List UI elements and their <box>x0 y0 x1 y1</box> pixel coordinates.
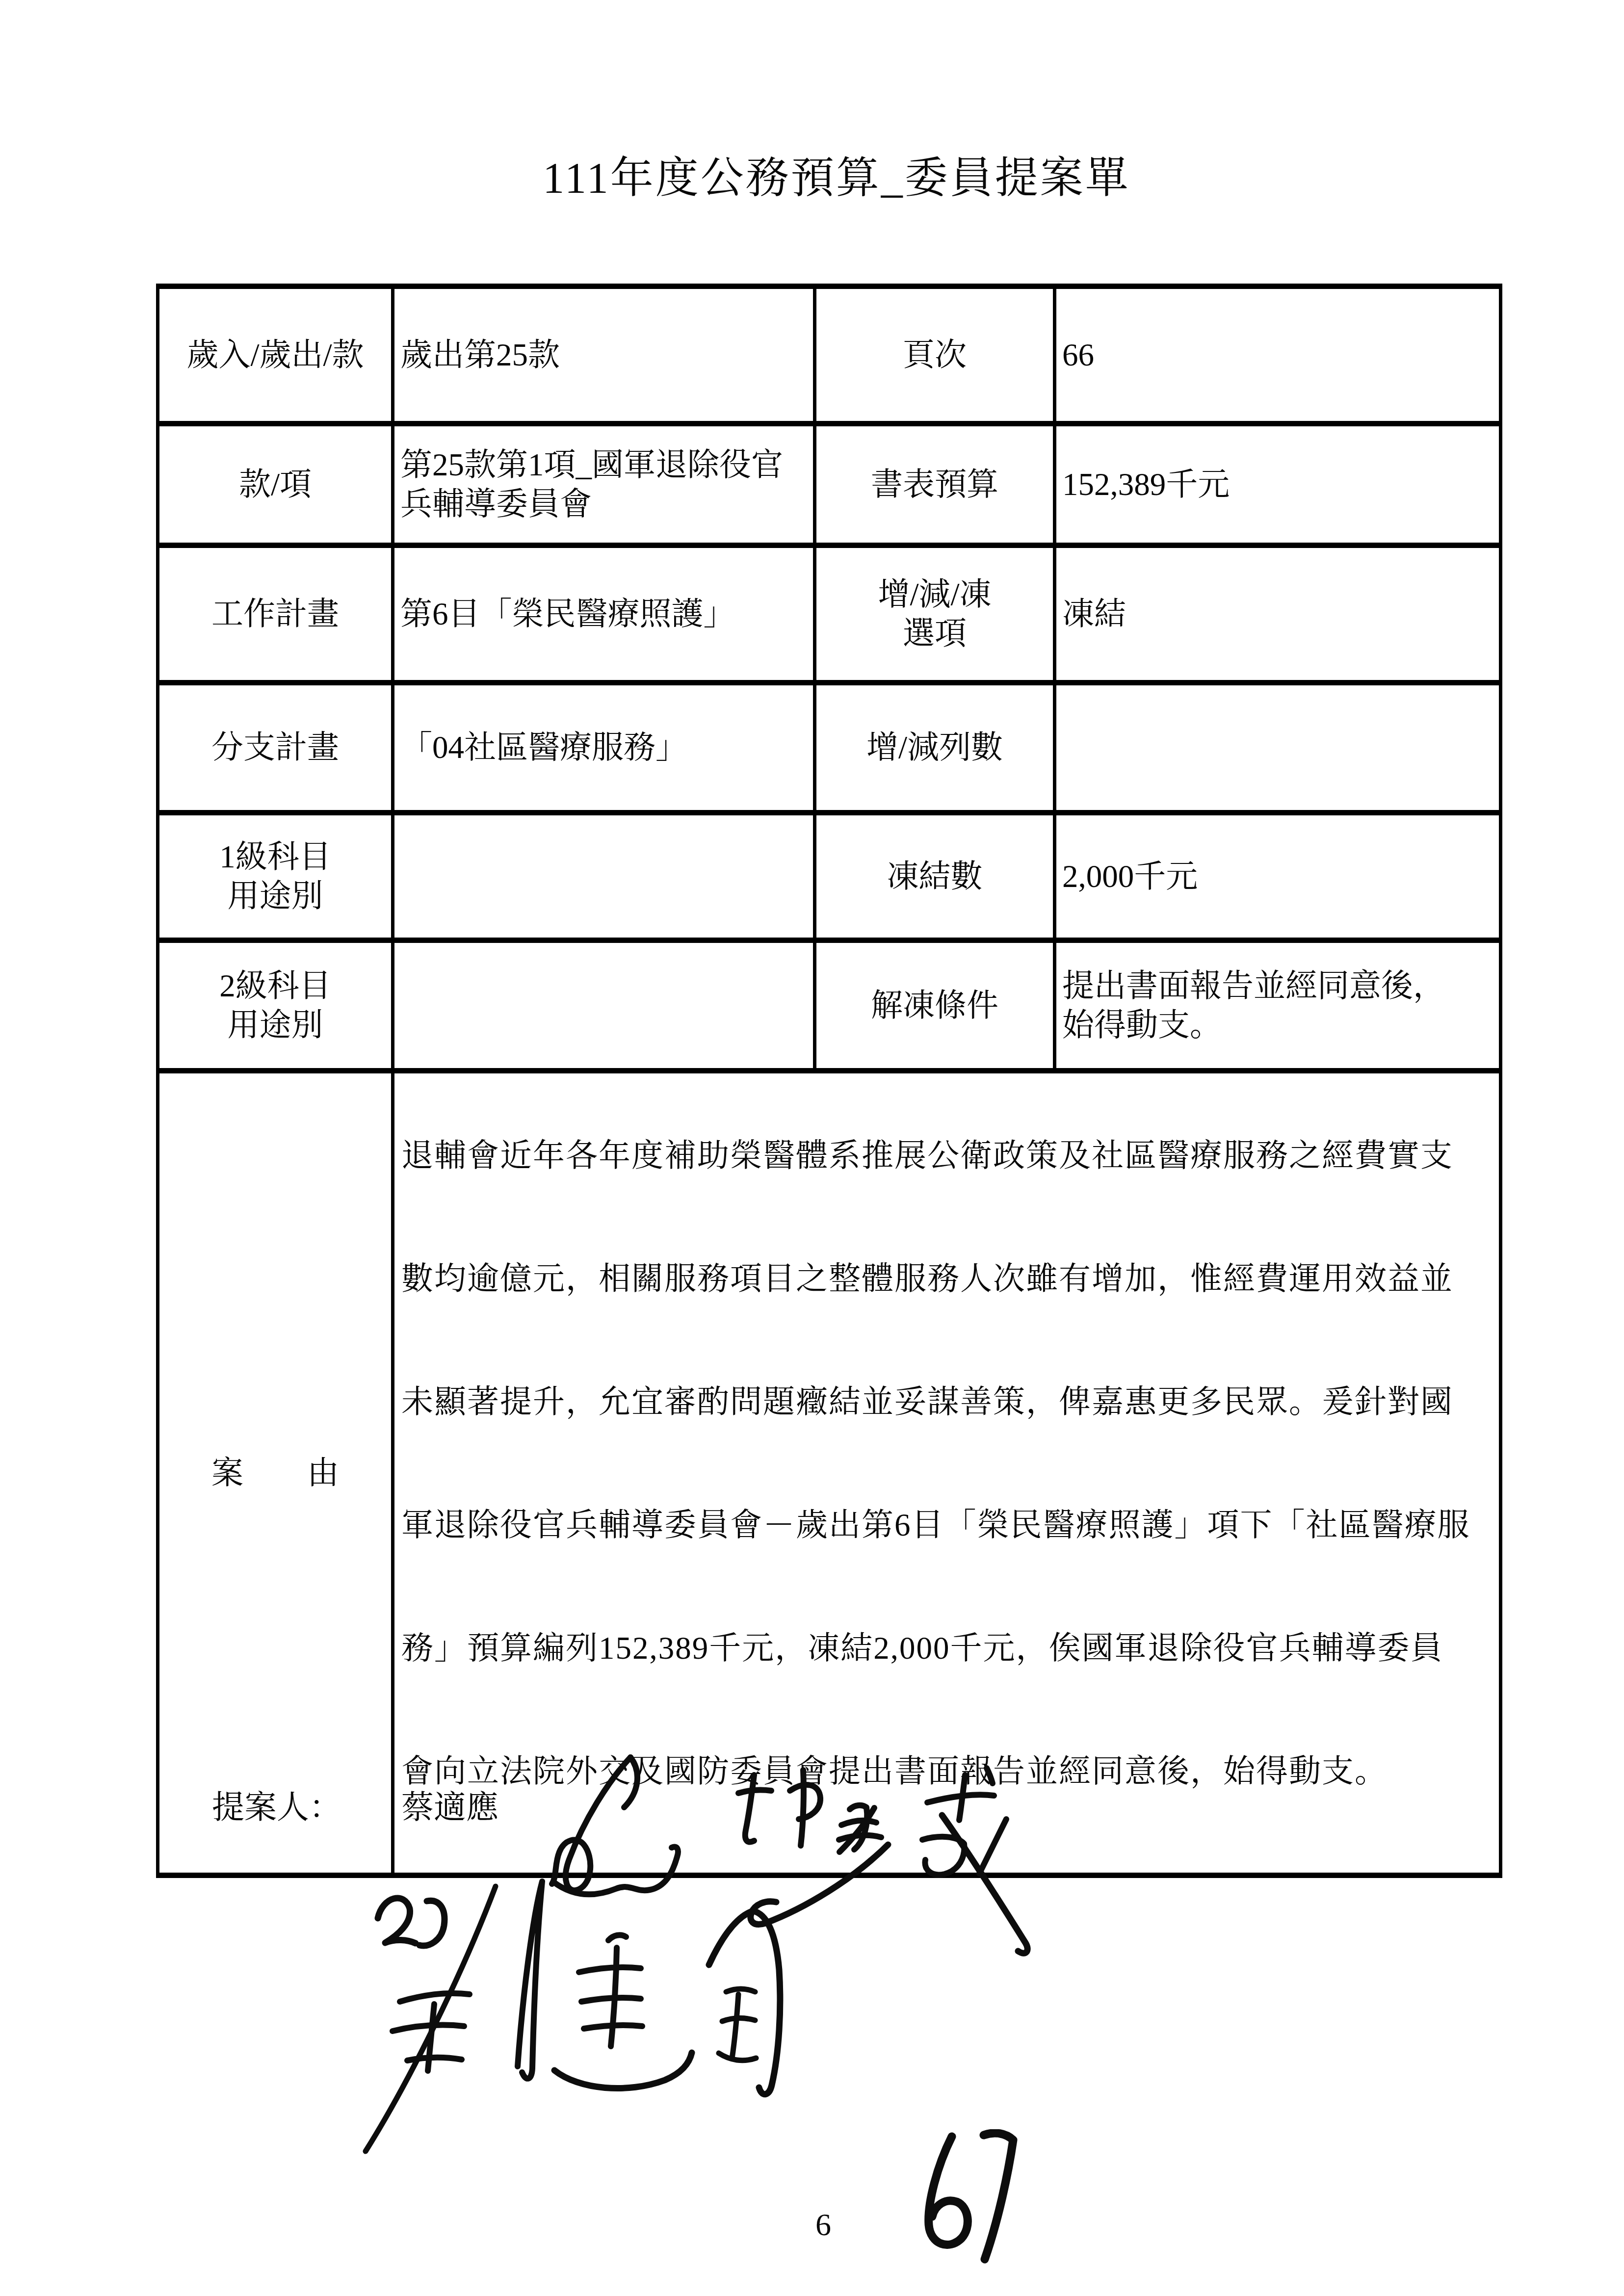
row1-value: 歲出第25款 <box>393 287 815 424</box>
row3-value2: 凍結 <box>1055 546 1501 683</box>
row2-value2: 152,389千元 <box>1055 424 1501 546</box>
table-row: 歲入/歲出/款 歲出第25款 頁次 66 <box>158 287 1501 424</box>
row6-value2: 提出書面報告並經同意後， 始得動支。 <box>1055 940 1501 1071</box>
case-label: 案 由 <box>158 1071 393 1876</box>
row6-label: 2級科目 用途別 <box>158 940 393 1071</box>
row1-label2: 頁次 <box>815 287 1055 424</box>
row5-value2: 2,000千元 <box>1055 813 1501 940</box>
row3-value: 第6目「榮民醫療照護」 <box>393 546 815 683</box>
table-row: 2級科目 用途別 解凍條件 提出書面報告並經同意後， 始得動支。 <box>158 940 1501 1071</box>
scanned-proposal-form: 111年度公務預算_委員提案單 歲入/歲出/款 歲出第25款 頁次 66 款/項… <box>0 0 1624 2296</box>
row2-label2: 書表預算 <box>815 424 1055 546</box>
handwritten-page-number <box>910 2129 1033 2267</box>
row3-label2: 增/減/凍 選項 <box>815 546 1055 683</box>
table-row: 工作計畫 第6目「榮民醫療照護」 增/減/凍 選項 凍結 <box>158 546 1501 683</box>
row4-label2: 增/減列數 <box>815 683 1055 813</box>
row3-label: 工作計畫 <box>158 546 393 683</box>
row4-value: 「04社區醫療服務」 <box>393 683 815 813</box>
row5-label: 1級科目 用途別 <box>158 813 393 940</box>
row5-label2: 凍結數 <box>815 813 1055 940</box>
case-row: 案 由 退輔會近年各年度補助榮醫體系推展公衛政策及社區醫療服務之經費實支 數均逾… <box>158 1071 1501 1876</box>
proposal-table: 歲入/歲出/款 歲出第25款 頁次 66 款/項 第25款第1項_國軍退除役官 … <box>156 284 1502 1878</box>
printed-page-number: 6 <box>815 2207 831 2243</box>
case-text: 退輔會近年各年度補助榮醫體系推展公衛政策及社區醫療服務之經費實支 數均逾億元，相… <box>401 1095 1492 1833</box>
row4-value2 <box>1055 683 1501 813</box>
row6-value <box>393 940 815 1071</box>
page-title: 111年度公務預算_委員提案單 <box>25 143 1624 205</box>
proposer-label: 提案人： <box>212 1781 341 1827</box>
signature-cosigner-2 <box>343 1874 785 2159</box>
row2-label: 款/項 <box>158 424 393 546</box>
table-row: 1級科目 用途別 凍結數 2,000千元 <box>158 813 1501 940</box>
row6-label2: 解凍條件 <box>815 940 1055 1071</box>
row4-label: 分支計畫 <box>158 683 393 813</box>
table-row: 款/項 第25款第1項_國軍退除役官 兵輔導委員會 書表預算 152,389千元 <box>158 424 1501 546</box>
table-row: 分支計畫 「04社區醫療服務」 增/減列數 <box>158 683 1501 813</box>
row1-label: 歲入/歲出/款 <box>158 287 393 424</box>
row2-value: 第25款第1項_國軍退除役官 兵輔導委員會 <box>393 424 815 546</box>
row1-value2: 66 <box>1055 287 1501 424</box>
row5-value <box>393 813 815 940</box>
proposer-name: 蔡適應 <box>401 1781 498 1827</box>
